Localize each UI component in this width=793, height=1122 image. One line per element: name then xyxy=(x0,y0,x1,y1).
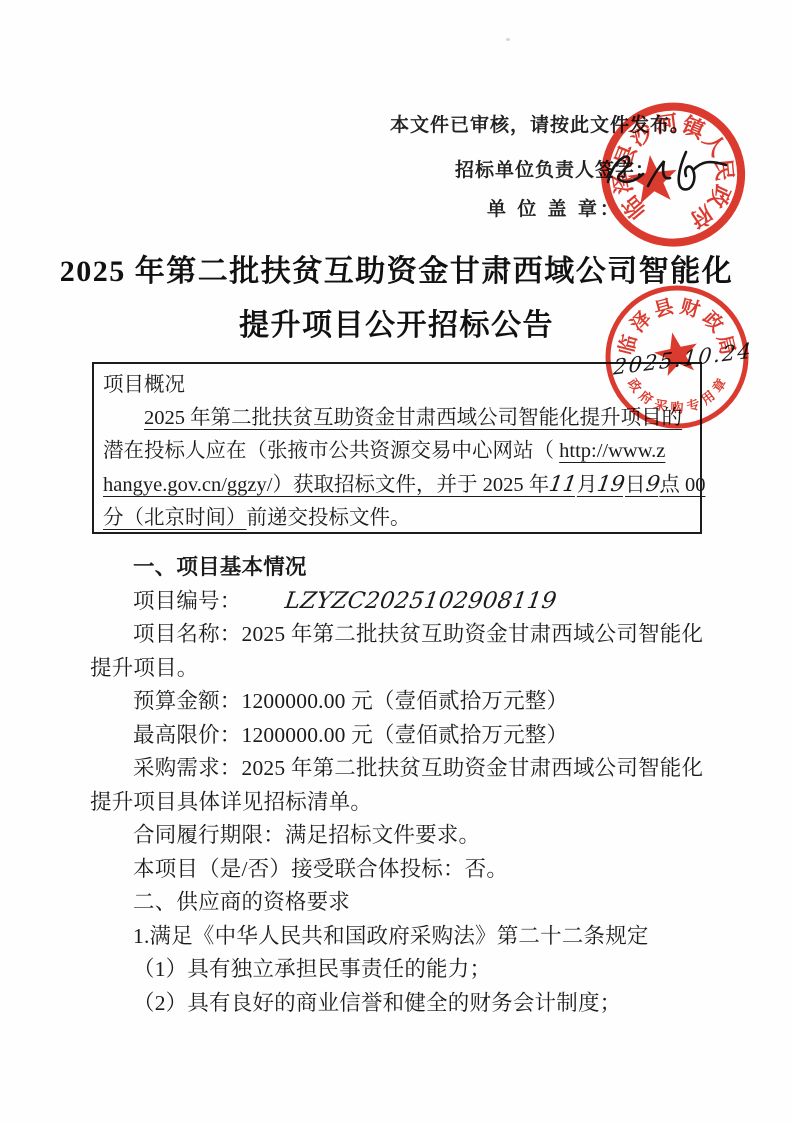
overview-line: 潜在投标人应在（张掖市公共资源交易中心网站（ http://www.z xyxy=(103,435,690,468)
body-paragraph: （1）具有独立承担民事责任的能力； xyxy=(90,953,708,987)
handwritten-text: 9 xyxy=(643,468,661,501)
text-segment: 日 xyxy=(625,474,646,496)
text-segment: 二、供应商的资格要求 xyxy=(133,890,350,914)
body-paragraph: 采购需求：2025 年第二批扶贫互助资金甘肃西域公司智能化提升项目具体详见招标清… xyxy=(90,752,708,819)
body-paragraph: 合同履行期限：满足招标文件要求。 xyxy=(90,819,708,853)
text-segment: 前递交投标文件。 xyxy=(247,507,411,529)
seal-character: 河 xyxy=(654,110,679,138)
body-paragraph: 二、供应商的资格要求 xyxy=(90,886,708,920)
handwritten-text: 19 xyxy=(595,468,627,501)
text-segment: 最高限价：1200000.00 元（壹佰贰拾万元整） xyxy=(133,723,568,747)
body-paragraph: 一、项目基本情况 xyxy=(90,551,708,585)
seal-character: 采 xyxy=(652,396,669,414)
seal-character: 县 xyxy=(652,295,677,321)
seal-character: 购 xyxy=(670,401,683,416)
scan-speck xyxy=(506,38,510,41)
text-segment: 预算金额：1200000.00 元（壹佰贰拾万元整） xyxy=(133,689,568,713)
text-segment: 本项目（是/否）接受联合体投标：否。 xyxy=(133,857,508,881)
signature-stroke xyxy=(608,152,726,189)
text-segment: 月 xyxy=(577,474,598,496)
text-segment: 合同履行期限：满足招标文件要求。 xyxy=(133,823,480,847)
body-paragraph: 本项目（是/否）接受联合体投标：否。 xyxy=(90,853,708,887)
body-paragraph: 1.满足《中华人民共和国政府采购法》第二十二条规定 xyxy=(90,920,708,954)
seal-character: 府 xyxy=(636,388,655,408)
text-segment: 潜在投标人应在（张掖市公共资源交易中心网站（ xyxy=(103,440,559,462)
seal-character: 财 xyxy=(678,295,703,322)
body-paragraph: 项目编号：LZYZC2025102908119 xyxy=(90,585,708,619)
body-paragraph: 最高限价：1200000.00 元（壹佰贰拾万元整） xyxy=(90,719,708,753)
seal-character: 章 xyxy=(709,376,729,395)
signature-handwriting-icon xyxy=(600,146,735,192)
seal-character: 泽 xyxy=(627,307,657,337)
body-paragraph: 项目名称：2025 年第二批扶贫互助资金甘肃西域公司智能化提升项目。 xyxy=(90,618,708,685)
scanned-document-page: 本文件已审核，请按此文件发布。 招标单位负责人签字： 单 位 盖 章： 2025… xyxy=(0,0,793,1122)
text-segment: 分（北京时间） xyxy=(103,507,247,529)
body-paragraph: 预算金额：1200000.00 元（壹佰贰拾万元整） xyxy=(90,685,708,719)
text-segment: （1）具有独立承担民事责任的能力； xyxy=(133,957,491,981)
text-segment: （2）具有良好的商业信誉和健全的财务会计制度； xyxy=(133,991,621,1015)
text-segment: 点 00 xyxy=(659,474,705,496)
seal-character: 政 xyxy=(698,307,728,337)
text-segment: 项目名称：2025 年第二批扶贫互助资金甘肃西域公司智能化提升项目。 xyxy=(90,622,703,680)
handwritten-text: 11 xyxy=(547,468,579,501)
document-body: 一、项目基本情况项目编号：LZYZC2025102908119项目名称：2025… xyxy=(90,551,708,1020)
text-segment: 采购需求：2025 年第二批扶贫互助资金甘肃西域公司智能化提升项目具体详见招标清… xyxy=(90,756,703,814)
overview-line: hangye.gov.cn/ggzy/）获取招标文件，并于 2025 年11月1… xyxy=(103,468,690,502)
text-segment: hangye.gov.cn/ggzy/）获取招标文件，并于 2025 年 xyxy=(103,474,549,496)
seal-character: 专 xyxy=(685,396,702,414)
text-segment: 项目编号： xyxy=(133,589,242,613)
text-segment: http://www.z xyxy=(559,440,665,462)
handwritten-text: LZYZC2025102908119 xyxy=(239,585,558,619)
body-paragraph: （2）具有良好的商业信誉和健全的财务会计制度； xyxy=(90,987,708,1021)
text-segment: 一、项目基本情况 xyxy=(133,555,307,579)
text-segment: 1.满足《中华人民共和国政府采购法》第二十二条规定 xyxy=(133,924,649,948)
overview-line: 分（北京时间）前递交投标文件。 xyxy=(103,502,690,535)
